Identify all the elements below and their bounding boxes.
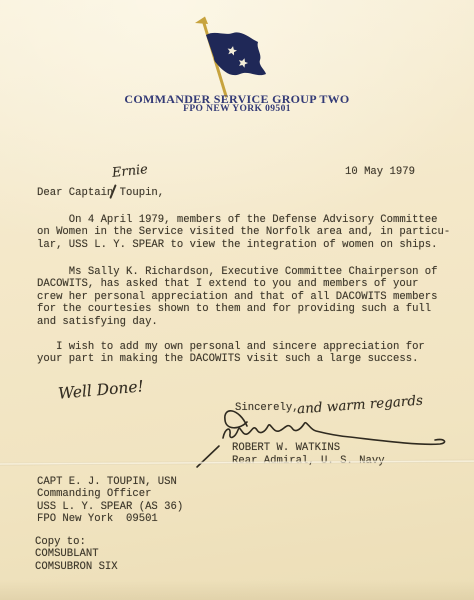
recipient-address-block: CAPT E. J. TOUPIN, USN Commanding Office… [37,476,183,526]
letterhead-fpo-address: FPO NEW YORK 09501 [0,104,474,114]
paragraph-1: On 4 April 1979, members of the Defense … [37,214,450,251]
paragraph-2: Ms Sally K. Richardson, Executive Commit… [37,266,438,328]
date-line: 10 May 1979 [345,166,415,178]
handwritten-name-insert: Ernie [111,162,148,181]
salutation: Dear Captain Toupin, [37,187,164,199]
signer-name: ROBERT W. WATKINS [232,442,340,454]
handwritten-well-done: Well Done! [57,377,144,402]
scan-edge-shadow [0,580,474,600]
paragraph-3: I wish to add my own personal and sincer… [37,341,425,366]
two-star-flag-icon [183,14,283,102]
copy-to-block: Copy to: COMSUBLANT COMSUBRON SIX [35,536,118,573]
letter-page: COMMANDER SERVICE GROUP TWO FPO NEW YORK… [0,0,474,600]
